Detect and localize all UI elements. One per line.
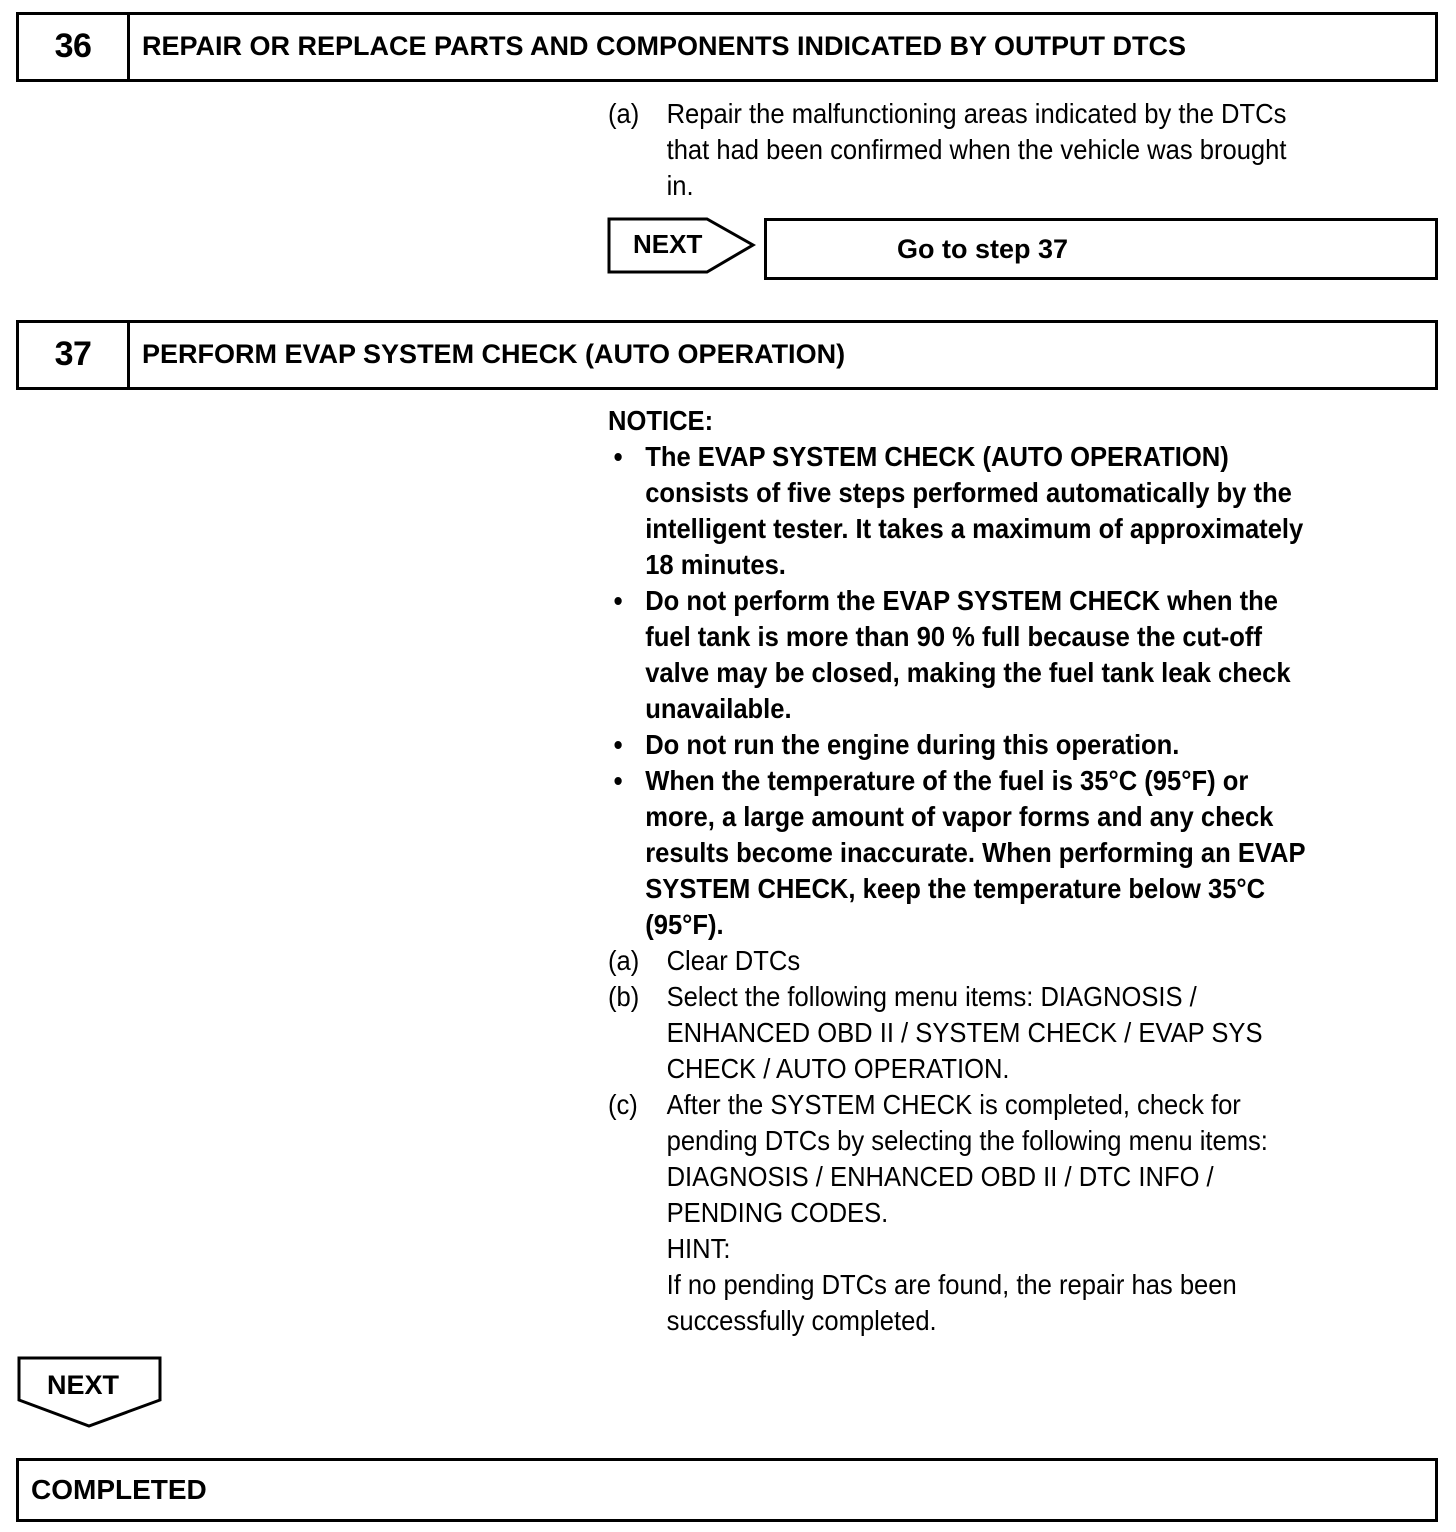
bullet-icon: • (608, 763, 645, 943)
step-title: PERFORM EVAP SYSTEM CHECK (AUTO OPERATIO… (130, 323, 1435, 387)
step-title: REPAIR OR REPLACE PARTS AND COMPONENTS I… (130, 15, 1435, 79)
goto-step-link[interactable]: Go to step 37 (764, 218, 1438, 280)
next-button[interactable]: NEXT (607, 216, 757, 276)
next-label: NEXT (47, 1370, 119, 1401)
next-label: NEXT (633, 229, 702, 260)
step-37-content: NOTICE: • The EVAP SYSTEM CHECK (AUTO OP… (608, 403, 1438, 1339)
step-item: (a) Clear DTCs (608, 943, 1438, 979)
step-item: (c) After the SYSTEM CHECK is completed,… (608, 1087, 1438, 1339)
item-marker: (b) (608, 979, 667, 1087)
bullet-icon: • (608, 583, 645, 727)
item-text: After the SYSTEM CHECK is completed, che… (667, 1087, 1438, 1339)
step-number: 37 (19, 323, 130, 387)
bullet-icon: • (608, 439, 645, 583)
next-down-button[interactable]: NEXT (17, 1356, 163, 1430)
item-text: Select the following menu items: DIAGNOS… (667, 979, 1438, 1087)
notice-bullet: • When the temperature of the fuel is 35… (608, 763, 1438, 943)
step-37-header: 37 PERFORM EVAP SYSTEM CHECK (AUTO OPERA… (16, 320, 1438, 390)
item-marker: (a) (608, 943, 667, 979)
notice-bullet: • Do not run the engine during this oper… (608, 727, 1438, 763)
notice-label: NOTICE: (608, 403, 1438, 439)
item-text: Repair the malfunctioning areas indicate… (667, 96, 1438, 204)
bullet-icon: • (608, 727, 645, 763)
step-item: (b) Select the following menu items: DIA… (608, 979, 1438, 1087)
item-text: Clear DTCs (667, 943, 1438, 979)
goto-label: Go to step 37 (897, 234, 1068, 265)
notice-bullet: • Do not perform the EVAP SYSTEM CHECK w… (608, 583, 1438, 727)
step-number: 36 (19, 15, 130, 79)
completed-box: COMPLETED (16, 1458, 1438, 1522)
step-item: (a) Repair the malfunctioning areas indi… (608, 96, 1438, 204)
completed-label: COMPLETED (31, 1474, 207, 1506)
notice-bullet: • The EVAP SYSTEM CHECK (AUTO OPERATION)… (608, 439, 1438, 583)
step-36-content: (a) Repair the malfunctioning areas indi… (608, 96, 1438, 204)
item-marker: (c) (608, 1087, 667, 1339)
step-36-header: 36 REPAIR OR REPLACE PARTS AND COMPONENT… (16, 12, 1438, 82)
item-marker: (a) (608, 96, 667, 204)
